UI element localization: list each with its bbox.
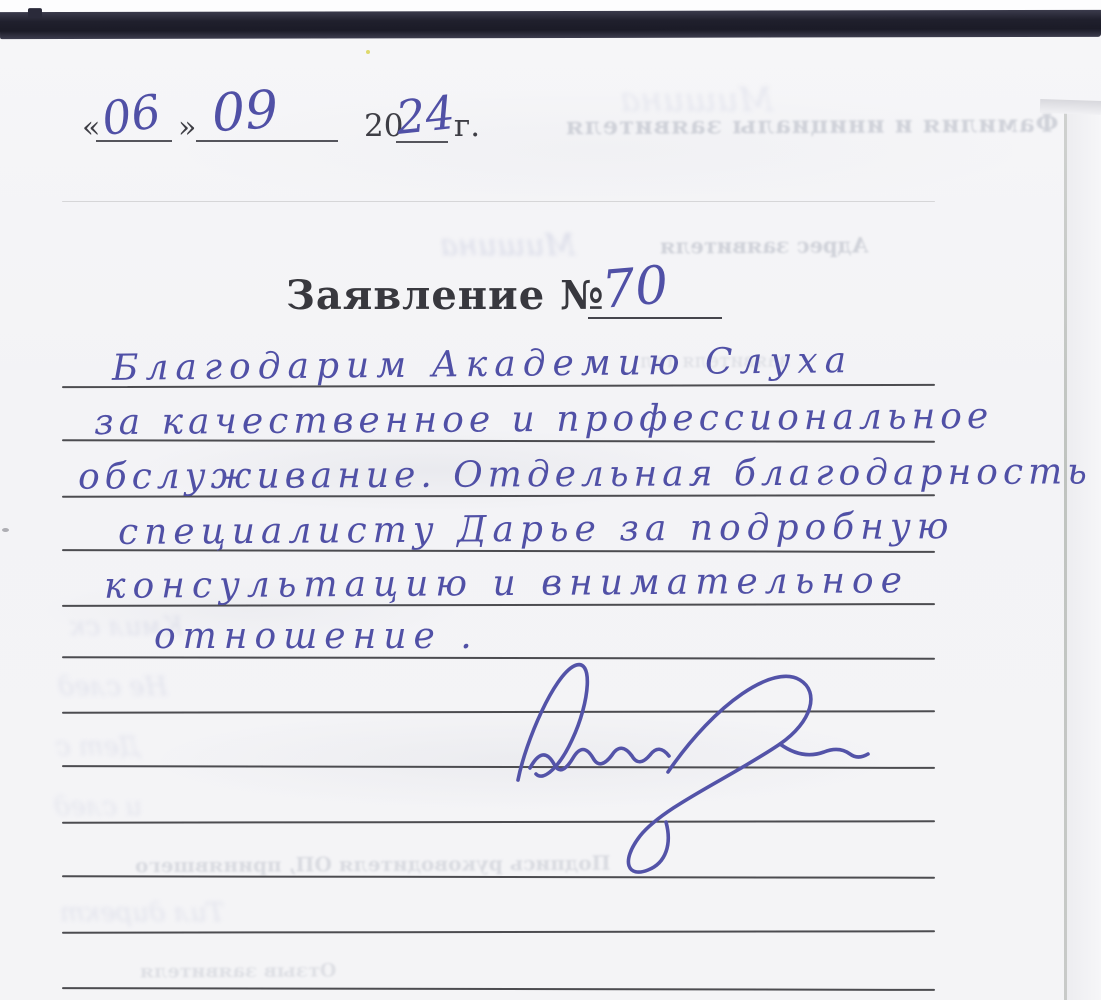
notebook-binding-strip	[0, 10, 1101, 39]
form-title: Заявление №	[286, 272, 605, 319]
ruled-line-11	[62, 930, 935, 934]
body-line-5: консультацию и внимательное	[104, 560, 909, 607]
bleedthrough-fragment-6: Тил директ	[60, 898, 224, 928]
claim-number-blank	[588, 317, 722, 319]
date-day-handwritten: 06	[98, 84, 164, 146]
bleedthrough-handwriting-1: Мишина	[440, 228, 575, 263]
ruled-line-12	[62, 987, 935, 991]
body-line-2: за качественное и профессиональное	[94, 396, 993, 443]
yellow-speck	[366, 50, 370, 54]
bleedthrough-footer-label: Отзыв заявителя	[140, 959, 336, 982]
customer-signature	[468, 640, 928, 890]
scan-speck	[2, 528, 9, 532]
bleedthrough-rule	[62, 201, 935, 202]
body-line-4: специалисту Дарье за подробную	[118, 506, 955, 553]
date-year-suffix: г.	[454, 108, 480, 144]
date-close-quote: »	[178, 110, 196, 145]
bleedthrough-address-label: Адрес заявителя	[660, 232, 869, 258]
claim-number-handwritten: 70	[600, 255, 671, 321]
body-line-1: Благодарим Академию Слуха	[112, 340, 854, 389]
bleedthrough-handwriting-2: Мишина	[620, 80, 773, 120]
bleedthrough-fragment-3: Не след	[58, 672, 167, 702]
date-month-handwritten: 09	[210, 80, 280, 144]
body-line-3: обслуживание. Отдельная благодарность	[78, 451, 1092, 497]
next-page-edge	[1067, 112, 1101, 1000]
date-year-handwritten: 24	[393, 85, 457, 145]
bleedthrough-fragment-4: Дет с	[56, 732, 140, 762]
bleedthrough-fragment-5: и след	[54, 792, 142, 822]
scanned-claim-form: Фамилия и инициалы заявителя Адрес заяви…	[0, 0, 1101, 1000]
body-line-6: отношение .	[154, 616, 479, 657]
